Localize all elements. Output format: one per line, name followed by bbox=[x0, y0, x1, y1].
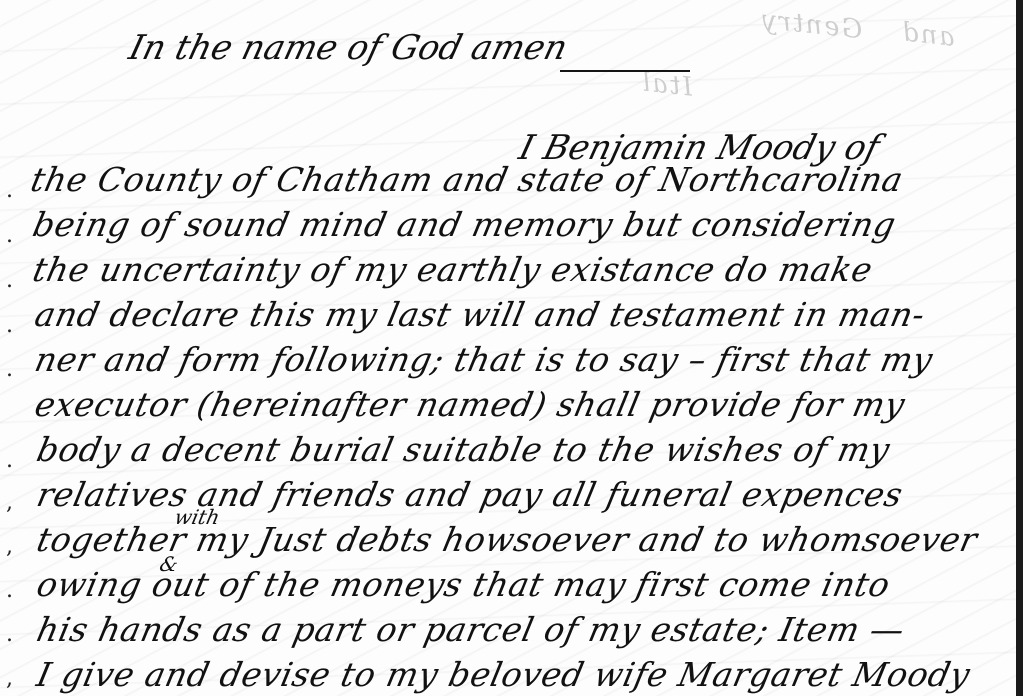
will-line-1: the County of Chatham and state of North… bbox=[28, 163, 906, 196]
will-line-3: the uncertainty of my earthly existance … bbox=[30, 253, 876, 286]
will-line-6: executor (hereinafter named) shall provi… bbox=[32, 388, 908, 421]
bleed-through-word: Ital bbox=[639, 67, 694, 102]
interlinear-insertion: with bbox=[172, 505, 222, 529]
manuscript-page: and Gentry Ital In the name of God amen … bbox=[0, 0, 1023, 696]
will-line-12: I give and devise to my beloved wife Mar… bbox=[34, 658, 973, 691]
will-line-5: ner and form following; that is to say –… bbox=[32, 343, 936, 376]
margin-mark: . bbox=[6, 268, 13, 293]
margin-mark: , bbox=[6, 534, 13, 559]
margin-mark: . bbox=[6, 223, 13, 248]
bleed-through-word: and bbox=[899, 17, 957, 53]
margin-mark: , bbox=[6, 490, 13, 515]
page-edge-border bbox=[1016, 0, 1023, 696]
margin-mark: . bbox=[6, 578, 13, 603]
margin-mark: . bbox=[6, 357, 13, 382]
margin-mark: , bbox=[6, 666, 13, 691]
will-line-7: body a decent burial suitable to the wis… bbox=[34, 433, 893, 466]
margin-mark: . bbox=[6, 448, 13, 473]
will-line-11: his hands as a part or parcel of my esta… bbox=[34, 613, 908, 646]
document-heading: In the name of God amen bbox=[125, 28, 572, 68]
will-line-2: being of sound mind and memory but consi… bbox=[30, 208, 899, 241]
margin-mark: . bbox=[6, 622, 13, 647]
margin-mark: . bbox=[6, 178, 13, 203]
will-line-8: relatives and friends and pay all funera… bbox=[34, 478, 906, 511]
will-line-4: and declare this my last will and testam… bbox=[32, 298, 928, 331]
margin-mark: . bbox=[6, 313, 13, 338]
heading-flourish bbox=[560, 70, 690, 72]
bleed-through-word: Gentry bbox=[759, 5, 864, 46]
